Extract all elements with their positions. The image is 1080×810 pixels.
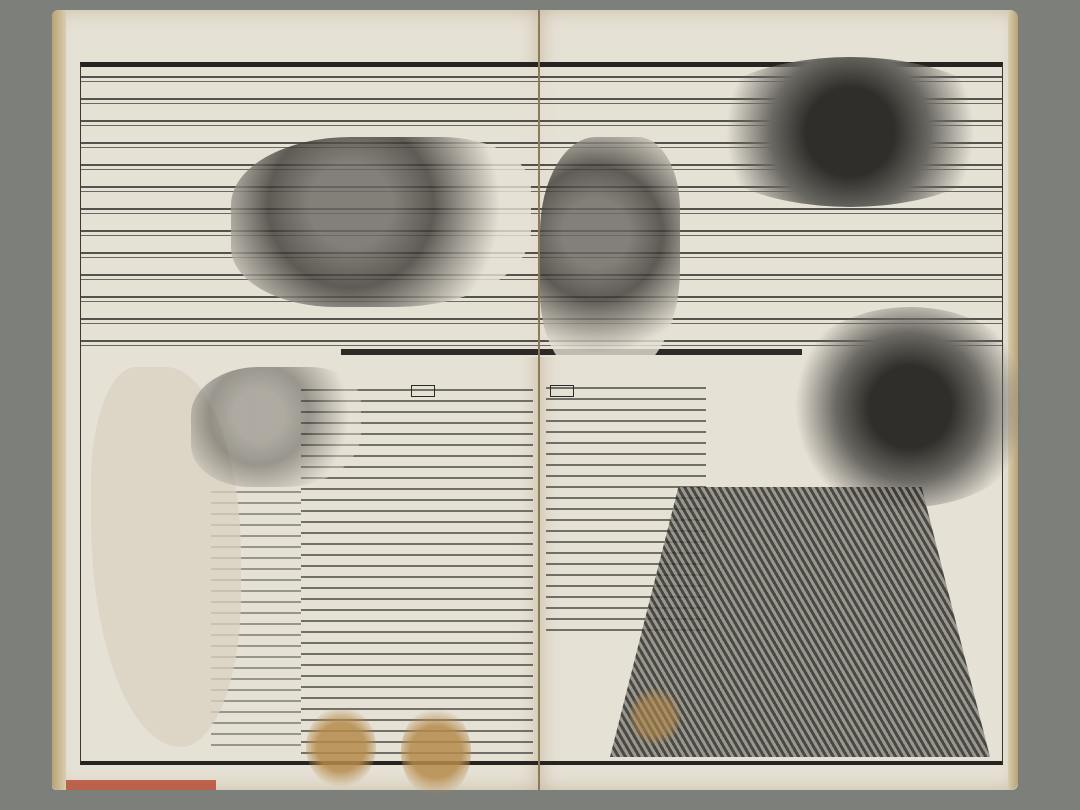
right-print-frame [540, 62, 1003, 765]
foliage-top-right [690, 57, 1010, 207]
open-book: vertical cursive characters along outer … [52, 10, 1020, 790]
reclining-figure-right [540, 137, 680, 377]
left-page-edge [52, 10, 66, 790]
left-print-frame [80, 62, 539, 765]
pine-foliage [780, 307, 1040, 507]
right-margin-text: vertical cursive characters along outer … [1002, 190, 1014, 300]
stain-left [306, 707, 376, 787]
red-edge-left [66, 780, 216, 790]
left-divider-band [341, 349, 539, 355]
rocks-illustration [191, 367, 361, 487]
reclining-figure-left [231, 137, 531, 307]
right-text-label-box [550, 385, 574, 397]
left-margin-text: vertical cursive characters along outer … [70, 190, 82, 300]
stain-right [401, 707, 471, 797]
scene-description: Photograph of an open antique Japanese w… [0, 0, 1, 1]
stain-right-page [630, 687, 680, 747]
left-page: vertical cursive characters along outer … [52, 10, 538, 790]
left-text-label-box [411, 385, 435, 397]
